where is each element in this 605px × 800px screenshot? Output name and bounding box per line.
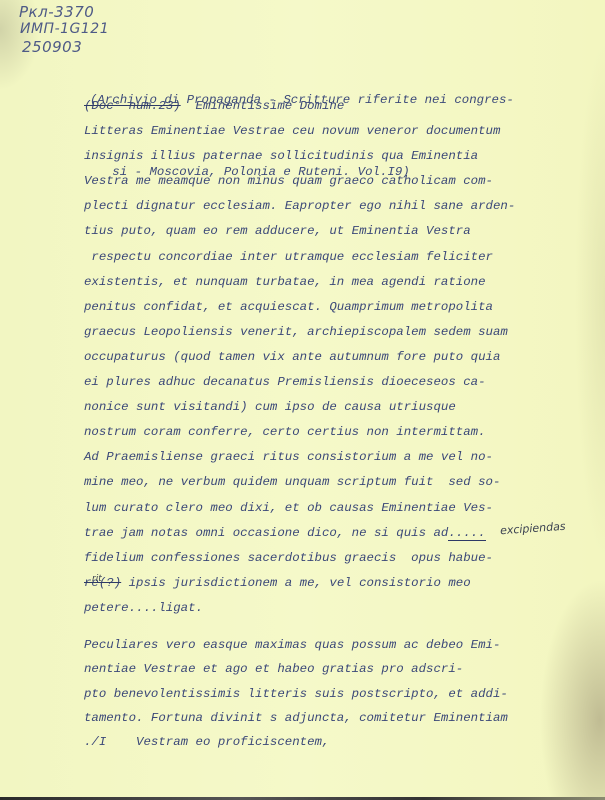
body-line: fidelium confessiones sacerdotibus graec…	[84, 551, 493, 565]
closing-line: tamento. Fortuna divinit s adjuncta, com…	[84, 711, 508, 725]
body-line-text: ipsis jurisdictionem a me, vel consistor…	[121, 576, 470, 590]
body-line: trae jam notas omni occasione dico, ne s…	[84, 526, 486, 540]
document-page: Ркл-3370 ИМП-1G121 250903 (Archivio di P…	[0, 0, 605, 800]
body-line: Litteras Eminentiae Vestrae ceu novum ve…	[84, 124, 500, 138]
document-reference-struck: (Doc° num.23)	[84, 99, 181, 113]
closing-line: ./I Vestram eo proficiscentem,	[84, 735, 329, 749]
body-line: occupaturus (quod tamen vix ante autumnu…	[84, 350, 500, 364]
body-line-text: trae jam notas omni occasione dico, ne s…	[84, 526, 448, 540]
body-line: graecus Leopoliensis venerit, archiepisc…	[84, 325, 508, 339]
closing-line: pto benevolentissimis litteris suis post…	[84, 687, 508, 701]
handwritten-insertion: excipiendas	[500, 520, 566, 538]
archive-mark-2: ИМП-1G121	[20, 21, 109, 37]
body-line: insignis illius paternae sollicitudinis …	[84, 149, 478, 163]
salutation-line: (Doc° num.23) Eminentissime Domine	[84, 99, 344, 113]
body-line: respectu concordiae inter utramque eccle…	[84, 250, 493, 264]
body-line: tius puto, quam eo rem adducere, ut Emin…	[84, 224, 471, 238]
body-line: Vestra me meamque non minus quam graeco …	[84, 174, 493, 188]
body-line: penitus confidat, et acquiescat. Quampri…	[84, 300, 493, 314]
body-line: Ad Praemisliense graeci ritus consistori…	[84, 450, 493, 464]
body-line: existentis, et nunquam turbatae, in mea …	[84, 275, 486, 289]
archive-mark-1: Ркл-3370	[19, 3, 94, 21]
body-line: nostrum coram conferre, certo certius no…	[84, 425, 486, 439]
closing-line: Peculiares vero easque maximas quas poss…	[84, 638, 500, 652]
body-line: nonice sunt visitandi) cum ipso de causa…	[84, 400, 456, 414]
struck-word: re(?)	[84, 576, 121, 590]
body-line: re(?) ipsis jurisdictionem a me, vel con…	[84, 576, 471, 590]
handwritten-correction: rit	[92, 574, 102, 584]
body-line: lum curato clero meo dixi, et ob causas …	[84, 501, 493, 515]
salutation: Eminentissime Domine	[196, 99, 345, 113]
body-line: mine meo, ne verbum quidem unquam script…	[84, 475, 500, 489]
closing-line: nentiae Vestrae et ago et habeo gratias …	[84, 662, 463, 676]
body-line: ei plures adhuc decanatus Premisliensis …	[84, 375, 486, 389]
omission-dots: .....	[448, 526, 485, 541]
body-line: plecti dignatur ecclesiam. Eapropter ego…	[84, 199, 515, 213]
body-line: petere....ligat.	[84, 601, 203, 615]
archive-mark-3: 250903	[22, 38, 82, 56]
